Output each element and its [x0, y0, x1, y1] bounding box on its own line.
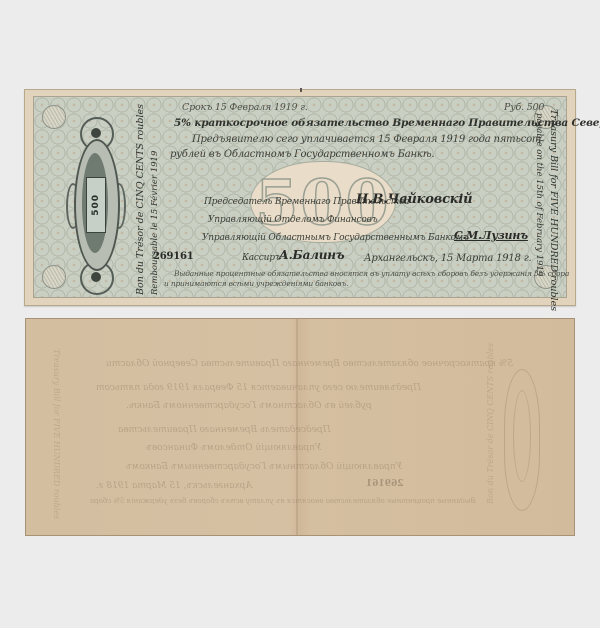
- signature-2-label: Управляющій Отделомъ Финансовъ: [208, 215, 377, 225]
- place-date: Архангельскъ, 15 Марта 1918 г.: [364, 253, 532, 264]
- signature-3-label: Управляющій Областнымъ Государственнымъ …: [202, 233, 469, 243]
- fold-mark: [300, 88, 302, 92]
- amount-line: Руб. 500: [504, 102, 544, 113]
- emblem-denomination-plate: 500: [86, 177, 106, 233]
- banknote-back: 5% краткосрочное обязательство Временнаг…: [25, 318, 575, 536]
- show-through-serial: 269161: [366, 479, 404, 489]
- footnote-line-1: Выданные процентные обязательства вносят…: [174, 269, 569, 278]
- show-through-text: Выданные процентные обязательства вносят…: [90, 497, 476, 505]
- body-text-line-2: рублей въ Областномъ Государственномъ Ба…: [170, 149, 434, 160]
- show-through-emblem: [504, 369, 540, 511]
- show-through-text: Управляющій Областнымъ Государственнымъ …: [126, 462, 402, 472]
- footnote-line-2: и принимаются всѣми учрежденіями банковъ…: [164, 279, 348, 288]
- left-french-legend-2: Remboursable le 15 Février 1919: [150, 115, 160, 295]
- show-through-text: Управляющій Отделомъ Финансовъ: [146, 443, 321, 453]
- banknote-front: 500 Bon du Trésor de CINQ CENTS roubles …: [24, 89, 576, 306]
- show-through-text: рублей въ Областномъ Государственномъ Ба…: [126, 401, 372, 411]
- corner-rosette-icon: [42, 105, 66, 129]
- body-text-line-1: Предъявителю сего уплачивается 15 Феврал…: [192, 134, 541, 145]
- show-through-legend: Bon du Trésor de CINQ CENTS roubles: [486, 343, 495, 504]
- show-through-text: Предъявителю сего уплачивается 15 Феврал…: [96, 383, 421, 393]
- show-through-text: Архангельскъ, 15 Марта 1918 г.: [96, 481, 252, 491]
- emblem-denomination: 500: [91, 194, 101, 216]
- note-title: 5% краткосрочное обязательство Временнаг…: [174, 117, 600, 129]
- signature-1: Н.В.Чайковскій: [356, 192, 472, 207]
- left-emblem: 500: [70, 111, 122, 295]
- term-line: Срокъ 15 Февраля 1919 г.: [182, 102, 308, 113]
- cashier-label: Кассиръ: [242, 253, 281, 263]
- show-through-legend: Treasury Bill for FIVE HUNDRED roubles: [52, 349, 61, 519]
- cashier-signature: А.Балинъ: [279, 248, 344, 262]
- signature-3: С.М.Лузинъ: [454, 229, 528, 242]
- guilloche-field: 500 Bon du Trésor de CINQ CENTS roubles …: [33, 96, 567, 298]
- corner-rosette-icon: [42, 265, 66, 289]
- serial-number: 269161: [153, 251, 194, 262]
- show-through-text: Председатель Временнаго Правительства: [118, 425, 331, 435]
- show-through-text: 5% краткосрочное обязательство Временнаг…: [106, 359, 513, 369]
- left-french-legend: Bon du Trésor de CINQ CENTS roubles: [135, 115, 146, 295]
